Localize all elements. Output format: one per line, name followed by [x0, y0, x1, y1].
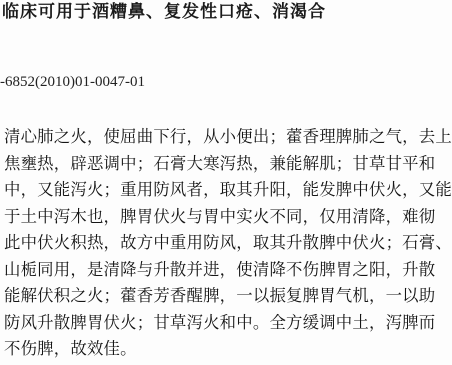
text-line: 于土中泻木也，脾胃伏火与胃中实火不同，仅用清降，难彻	[4, 204, 450, 231]
text-line: 此中伏火积热，故方中重用防风，取其升散脾中伏火；石膏、	[4, 230, 450, 257]
text-line: 山栀同用，是清降与升散并进，使清降不伤脾胃之阳，升散	[4, 257, 450, 284]
document-heading: 临床可用于酒糟鼻、复发性口疮、消渴合	[2, 2, 326, 22]
document-number: -6852(2010)01-0047-01	[0, 73, 145, 91]
text-line: 防风升散脾胃伏火；甘草泻火和中。全方缓调中土，泻脾而	[4, 310, 450, 337]
body-paragraph: 清心肺之火，使屈曲下行，从小便出；藿香理脾肺之气，去上 焦壅热，辟恶调中；石膏大…	[4, 124, 450, 363]
text-line: 不伤脾，故效佳。	[4, 336, 450, 363]
text-line: 清心肺之火，使屈曲下行，从小便出；藿香理脾肺之气，去上	[4, 124, 450, 151]
text-line: 焦壅热，辟恶调中；石膏大寒泻热，兼能解肌；甘草甘平和	[4, 151, 450, 178]
text-line: 能解伏积之火；藿香芳香醒脾，一以振复脾胃气机，一以助	[4, 283, 450, 310]
text-line: 中，又能泻火；重用防风者，取其升阳，能发脾中伏火，又能	[4, 177, 450, 204]
